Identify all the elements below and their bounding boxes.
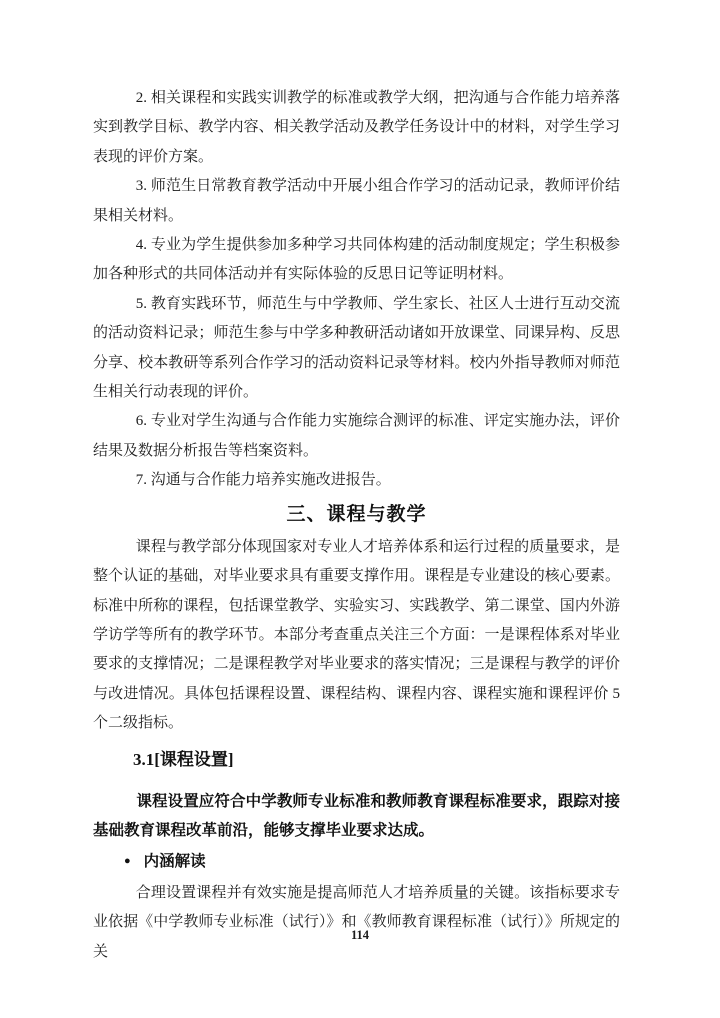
bullet-heading: ●内涵解读 <box>93 847 620 876</box>
evidence-paragraph-3: 3. 师范生日常教育教学活动中开展小组合作学习的活动记录，教师评价结果相关材料。 <box>93 172 620 231</box>
indicator-statement: 课程设置应符合中学教师专业标准和教师教育课程标准要求，跟踪对接基础教育课程改革前… <box>93 787 620 846</box>
subsection-heading: 3.1[课程设置] <box>93 745 620 775</box>
section-heading: 三、课程与教学 <box>93 496 620 533</box>
evidence-paragraph-4: 4. 专业为学生提供参加多种学习共同体构建的活动制度规定；学生积极参加各种形式的… <box>93 231 620 290</box>
page-content: 2. 相关课程和实践实训教学的标准或教学大纲，把沟通与合作能力培养落实到教学目标… <box>93 84 620 967</box>
evidence-paragraph-5: 5. 教育实践环节，师范生与中学教师、学生家长、社区人士进行互动交流的活动资料记… <box>93 290 620 408</box>
evidence-paragraph-6: 6. 专业对学生沟通与合作能力实施综合测评的标准、评定实施办法，评价结果及数据分… <box>93 407 620 466</box>
evidence-paragraph-2: 2. 相关课程和实践实训教学的标准或教学大纲，把沟通与合作能力培养落实到教学目标… <box>93 84 620 172</box>
evidence-paragraph-7: 7. 沟通与合作能力培养实施改进报告。 <box>93 466 620 495</box>
interpretation-paragraph: 合理设置课程并有效实施是提高师范人才培养质量的关键。该指标要求专业依据《中学教师… <box>93 879 620 967</box>
bullet-icon: ● <box>124 847 131 876</box>
page-number: 114 <box>0 928 720 943</box>
document-page: 2. 相关课程和实践实训教学的标准或教学大纲，把沟通与合作能力培养落实到教学目标… <box>0 0 720 1018</box>
bullet-heading-label: 内涵解读 <box>144 853 206 870</box>
section-intro-paragraph: 课程与教学部分体现国家对专业人才培养体系和运行过程的质量要求，是整个认证的基础，… <box>93 533 620 739</box>
